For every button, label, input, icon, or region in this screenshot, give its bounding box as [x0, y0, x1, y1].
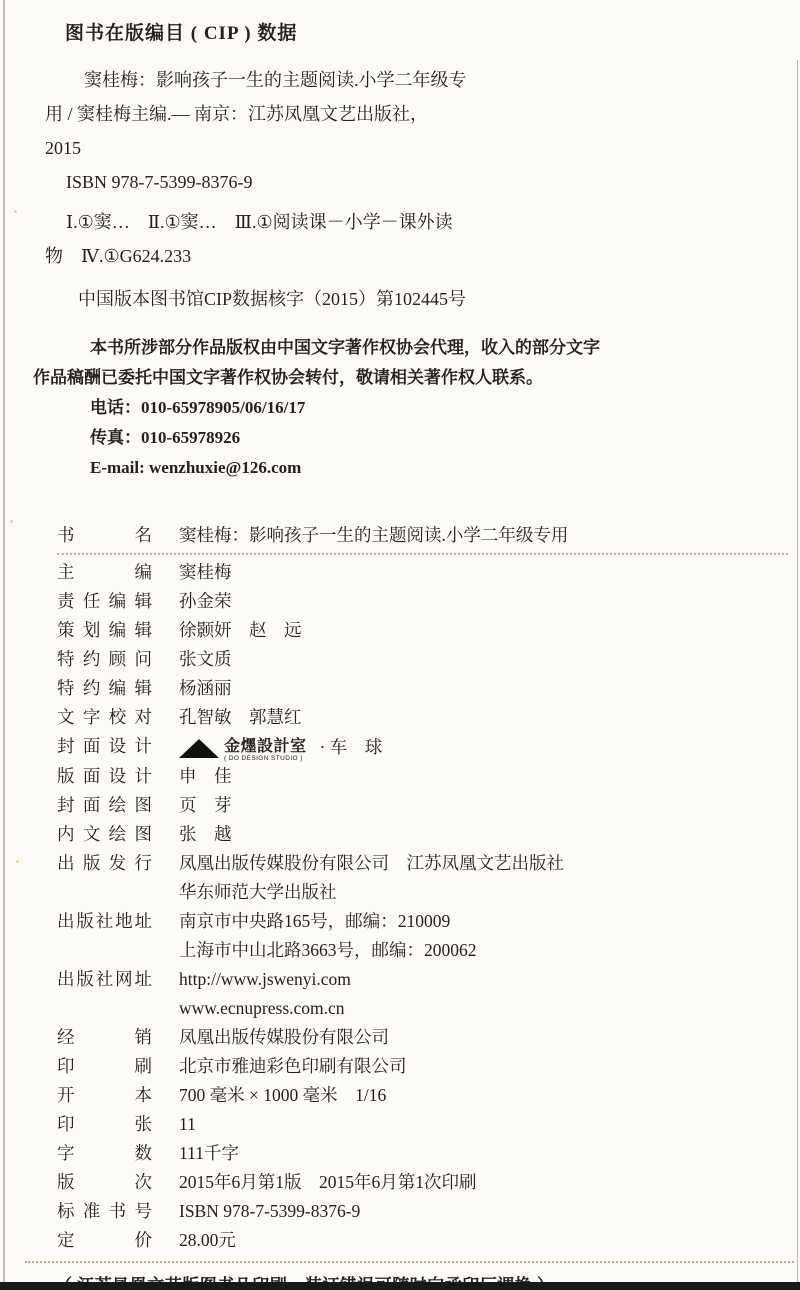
field-value: 华东师范大学出版社: [179, 878, 337, 907]
colophon-row: 版次2015年6月第1版 2015年6月第1次印刷: [0, 1168, 800, 1197]
field-label: 主编: [57, 558, 152, 587]
field-value: 张文质: [179, 645, 232, 674]
field-label: 出版社网址: [57, 965, 152, 994]
colophon-row-continuation: 华东师范大学出版社: [0, 878, 800, 907]
field-label: 经销: [57, 1023, 152, 1052]
cip-classification: Ⅰ.①窦… Ⅱ.①窦… Ⅲ.①阅读课－小学－课外读 物 Ⅳ.①G624.233: [0, 205, 800, 273]
field-value: 700 毫米 × 1000 毫米 1/16: [179, 1081, 386, 1110]
notice-email: E-mail: wenzhuxie@126.com: [0, 453, 800, 483]
colophon-row: 出版发行凤凰出版传媒股份有限公司 江苏凤凰文艺出版社: [0, 849, 800, 878]
field-value: 南京市中央路165号，邮编：210009: [179, 907, 450, 936]
field-value: 孔智敏 郭慧红: [179, 703, 302, 732]
field-label: 内文绘图: [57, 820, 152, 849]
colophon-row: 特约编辑杨涵丽: [0, 674, 800, 703]
studio-name-block: 金爅設計室( DO DESIGN STUDIO ): [224, 739, 307, 763]
design-studio-logo: 金爅設計室( DO DESIGN STUDIO )· 车 球: [179, 733, 382, 762]
colophon-row: 文字校对孔智敏 郭慧红: [0, 703, 800, 732]
colophon-row: 印张11: [0, 1110, 800, 1139]
colophon-row-continuation: www.ecnupress.com.cn: [0, 994, 800, 1023]
colophon-row: 内文绘图张 越: [0, 820, 800, 849]
copyright-page: 图书在版编目 ( CIP ) 数据 窦桂梅：影响孩子一生的主题阅读.小学二年级专…: [0, 0, 800, 1290]
field-label: 特约编辑: [57, 674, 152, 703]
colophon-row: 封面绘图页 芽: [0, 791, 800, 820]
field-label: 开本: [57, 1081, 152, 1110]
cip-header: 图书在版编目 ( CIP ) 数据: [65, 18, 800, 45]
colophon-rows: 书名窦桂梅：影响孩子一生的主题阅读.小学二年级专用主编窦桂梅责任编辑孙金荣策划编…: [0, 521, 800, 1255]
field-value: http://www.jswenyi.com: [179, 965, 351, 994]
field-label: 文字校对: [57, 703, 152, 732]
colophon-row: 封面设计金爅設計室( DO DESIGN STUDIO )· 车 球: [0, 732, 800, 762]
field-value: 11: [179, 1110, 196, 1139]
colophon-row: 书名窦桂梅：影响孩子一生的主题阅读.小学二年级专用: [0, 521, 800, 550]
cip-title-line: 窦桂梅：影响孩子一生的主题阅读.小学二年级专: [0, 63, 800, 97]
colophon-row: 印刷北京市雅迪彩色印刷有限公司: [0, 1052, 800, 1081]
field-label: 标准书号: [57, 1197, 152, 1226]
scan-edge-left: [3, 0, 5, 1282]
field-label: 出版发行: [57, 849, 152, 878]
field-value: 28.00元: [179, 1226, 236, 1255]
field-value: 徐颢妍 赵 远: [179, 616, 302, 645]
field-value: 页 芽: [179, 791, 232, 820]
field-value: 孙金荣: [179, 587, 232, 616]
colophon-row: 责任编辑孙金荣: [0, 587, 800, 616]
colophon-row: 主编窦桂梅: [0, 558, 800, 587]
field-value: 申 佳: [179, 762, 232, 791]
scan-speck: [16, 860, 19, 863]
field-label: 责任编辑: [57, 587, 152, 616]
colophon-row-continuation: 上海市中山北路3663号，邮编：200062: [0, 936, 800, 965]
field-label: 版次: [57, 1168, 152, 1197]
field-value: 上海市中山北路3663号，邮编：200062: [179, 936, 477, 965]
field-label: 封面绘图: [57, 791, 152, 820]
colophon-row: 定价28.00元: [0, 1226, 800, 1255]
colophon-row: 版面设计申 佳: [0, 762, 800, 791]
scan-speck: [10, 520, 13, 523]
colophon-row: 开本700 毫米 × 1000 毫米 1/16: [0, 1081, 800, 1110]
colophon-row: 出版社网址http://www.jswenyi.com: [0, 965, 800, 994]
cip-record-number: 中国版本图书馆CIP数据核字（2015）第102445号: [0, 285, 800, 311]
studio-name: 金爅設計室: [224, 739, 307, 755]
field-value: 2015年6月第1版 2015年6月第1次印刷: [179, 1168, 477, 1197]
colophon-row: 策划编辑徐颢妍 赵 远: [0, 616, 800, 645]
field-label: 封面设计: [57, 732, 152, 761]
footer-divider: [25, 1261, 794, 1263]
dotted-rule: [57, 553, 788, 555]
colophon-row: 字数111千字: [0, 1139, 800, 1168]
notice-line1: 本书所涉部分作品版权由中国文字著作权协会代理，收入的部分文字: [0, 333, 800, 363]
field-value: 窦桂梅：影响孩子一生的主题阅读.小学二年级专用: [179, 521, 568, 550]
cover-designer-name: · 车 球: [320, 733, 383, 762]
colophon-row: 经销凤凰出版传媒股份有限公司: [0, 1023, 800, 1052]
field-label: 策划编辑: [57, 616, 152, 645]
colophon-row: 标准书号ISBN 978-7-5399-8376-9: [0, 1197, 800, 1226]
field-value: 张 越: [179, 820, 232, 849]
notice-phone: 电话：010-65978905/06/16/17: [0, 393, 800, 423]
notice-line2: 作品稿酬已委托中国文字著作权协会转付，敬请相关著作权人联系。: [0, 363, 800, 393]
cip-author-line: 用 / 窦桂梅主编.— 南京：江苏凤凰文艺出版社，: [0, 97, 800, 131]
cip-class-line2: 物 Ⅳ.①G624.233: [0, 239, 800, 273]
field-value: 窦桂梅: [179, 558, 232, 587]
field-label: 印刷: [57, 1052, 152, 1081]
field-label: 出版社地址: [57, 907, 152, 936]
field-label: 特约顾问: [57, 645, 152, 674]
scan-edge-bottom: [0, 1282, 800, 1290]
studio-triangle-icon: [179, 739, 219, 758]
field-value: www.ecnupress.com.cn: [179, 994, 345, 1023]
field-label: 字数: [57, 1139, 152, 1168]
field-value: 111千字: [179, 1139, 239, 1168]
field-value: 凤凰出版传媒股份有限公司: [179, 1023, 389, 1052]
cip-description: 窦桂梅：影响孩子一生的主题阅读.小学二年级专 用 / 窦桂梅主编.— 南京：江苏…: [0, 63, 800, 199]
field-value: 杨涵丽: [179, 674, 232, 703]
field-value: 金爅設計室( DO DESIGN STUDIO )· 车 球: [179, 732, 382, 762]
field-label: 印张: [57, 1110, 152, 1139]
studio-subtitle: ( DO DESIGN STUDIO ): [224, 756, 307, 763]
field-label: 书名: [57, 521, 152, 550]
cip-year-line: 2015: [0, 131, 800, 165]
colophon-row: 出版社地址南京市中央路165号，邮编：210009: [0, 907, 800, 936]
copyright-notice: 本书所涉部分作品版权由中国文字著作权协会代理，收入的部分文字 作品稿酬已委托中国…: [0, 333, 800, 483]
field-value: 凤凰出版传媒股份有限公司 江苏凤凰文艺出版社: [179, 849, 564, 878]
scan-edge-right: [797, 60, 798, 1282]
field-value: ISBN 978-7-5399-8376-9: [179, 1197, 360, 1226]
field-value: 北京市雅迪彩色印刷有限公司: [179, 1052, 407, 1081]
field-label: 版面设计: [57, 762, 152, 791]
colophon-row: 特约顾问张文质: [0, 645, 800, 674]
scan-speck: [14, 210, 17, 213]
field-label: 定价: [57, 1226, 152, 1255]
cip-isbn-line: ISBN 978-7-5399-8376-9: [0, 165, 800, 199]
cip-class-line1: Ⅰ.①窦… Ⅱ.①窦… Ⅲ.①阅读课－小学－课外读: [0, 205, 800, 239]
notice-fax: 传真：010-65978926: [0, 423, 800, 453]
